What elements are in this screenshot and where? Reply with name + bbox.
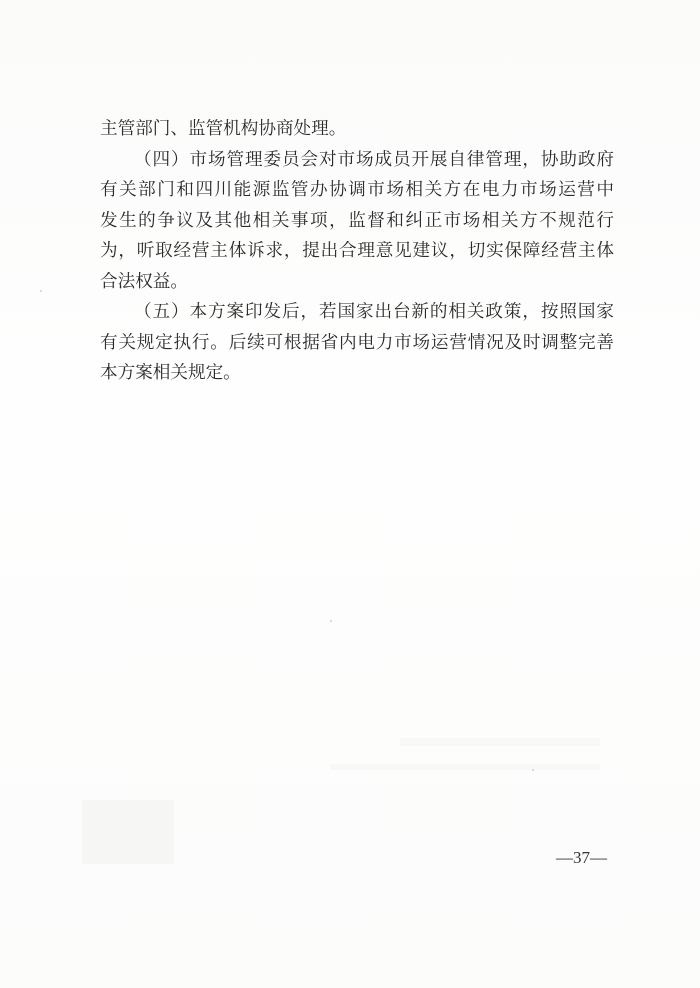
paragraph-item-4-line: 为，听取经营主体诉求，提出合理意见建议，切实保障经营主体 (100, 236, 614, 267)
paragraph-item-5-line: （五）本方案印发后，若国家出台新的相关政策，按照国家 (100, 297, 614, 328)
scan-bleed-mark (400, 738, 600, 746)
scan-bleed-mark (330, 764, 600, 770)
paragraph-item-4-line: 有关部门和四川能源监管办协调市场相关方在电力市场运营中 (100, 175, 614, 206)
document-page: 主管部门、监管机构协商处理。 （四）市场管理委员会对市场成员开展自律管理，协助政… (0, 0, 700, 988)
scan-bleed-mark (82, 800, 174, 864)
paragraph-item-5-line: 有关规定执行。后续可根据省内电力市场运营情况及时调整完善 (100, 328, 614, 359)
body-text: 主管部门、监管机构协商处理。 （四）市场管理委员会对市场成员开展自律管理，协助政… (100, 114, 614, 389)
scan-speck (330, 620, 332, 622)
paragraph-item-4-line: （四）市场管理委员会对市场成员开展自律管理，协助政府 (100, 145, 614, 176)
scan-speck (40, 290, 42, 292)
scan-speck (532, 769, 534, 771)
paragraph-line: 主管部门、监管机构协商处理。 (100, 114, 614, 145)
paragraph-item-4-line: 合法权益。 (100, 267, 614, 298)
paragraph-item-5-line: 本方案相关规定。 (100, 358, 614, 389)
paragraph-item-4-line: 发生的争议及其他相关事项，监督和纠正市场相关方不规范行 (100, 206, 614, 237)
page-number: —37— (556, 848, 607, 868)
